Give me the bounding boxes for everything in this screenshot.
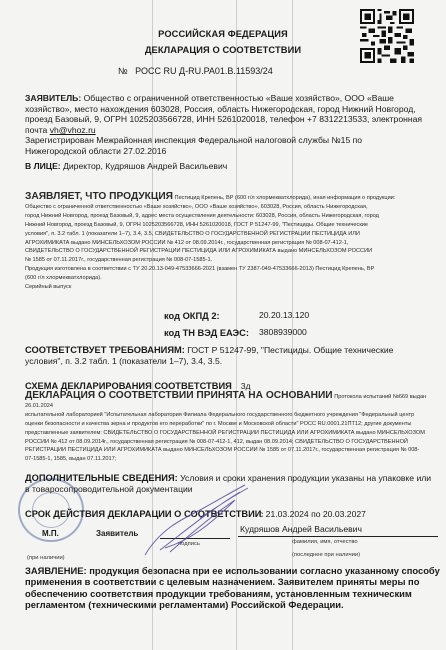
applicant-signature-label: Заявитель [96, 529, 138, 538]
validity-value: с 21.03.2024 по 20.03.2027 [259, 509, 366, 520]
statement-text: продукция безопасна при ее использовании… [89, 565, 440, 576]
signer-name: Кудряшов Андрей Васильевич [240, 524, 362, 535]
basis-text: оценки безопасности и качества зерна и п… [25, 420, 440, 429]
requirements-section: СООТВЕТСТВУЕТ ТРЕБОВАНИЯМ: ГОСТ Р 51247-… [25, 345, 435, 366]
tnved-value: 3808939000 [259, 327, 307, 338]
product-text: АГРОХИМИКАТА выдано МИНСЕЛЬХОЗОМ РОССИИ … [25, 239, 440, 248]
product-text: (600 г/л хлормекватхлорида). [25, 274, 440, 283]
product-text: № 1585 от 07.11.2017г., государственная … [25, 256, 440, 265]
requirements-text: ГОСТ Р 51247-99, "Пестициды. Общие техни… [187, 345, 393, 355]
statement-label: ЗАЯВЛЕНИЕ: [25, 565, 87, 576]
number-sign: № [118, 66, 128, 76]
tnved-label: код ТН ВЭД ЕАЭС: [164, 328, 249, 338]
handwritten-signature [140, 480, 250, 560]
product-text: Серийный выпуск [25, 283, 440, 292]
product-text: Нижний Новгород, проезд Базовый, 9, ОГРН… [25, 221, 440, 230]
basis-text: РЕГИСТРАЦИИ ПЕСТИЦИДА ИЛИ АГРОХИМИКАТА в… [25, 446, 440, 455]
basis-text: представленные заявителем: СВИДЕТЕЛЬСТВО… [25, 429, 440, 438]
represented-by: В ЛИЦЕ: Директор, Кудряшов Андрей Василь… [25, 161, 227, 172]
requirements-text: условия", п. 3.2 табл. 1 (показатели 1–7… [25, 356, 435, 367]
name-caption: фамилия, имя, отчество [292, 539, 358, 545]
product-label: ЗАЯВЛЯЕТ, ЧТО ПРОДУКЦИЯ [25, 191, 173, 202]
applicant-text: Общество с ограниченной ответственностью… [84, 93, 394, 103]
declaration-page: РОССИЙСКАЯ ФЕДЕРАЦИЯ ДЕКЛАРАЦИЯ О СООТВЕ… [0, 0, 446, 650]
requirements-label: СООТВЕТСТВУЕТ ТРЕБОВАНИЯМ: [25, 345, 185, 355]
name-line [238, 536, 438, 537]
name-caption-note: (последнее при наличии) [292, 552, 360, 558]
okpd-value: 20.20.13.120 [259, 310, 309, 321]
product-text: Продукция изготовлена в соответствии с Т… [25, 265, 440, 274]
product-text: Пестицид Крепень, ВР (600 г/л хлормекват… [175, 195, 396, 201]
registration-text: Зарегистрирован Межрайонная инспекция Фе… [25, 135, 435, 146]
product-text: СВИДЕТЕЛЬСТВО О ГОСУДАРСТВЕННОЙ РЕГИСТРА… [25, 247, 440, 256]
basis-label: ДЕКЛАРАЦИЯ О СООТВЕТСТВИИ ПРИНЯТА НА ОСН… [25, 390, 333, 401]
email-label: почта [25, 125, 47, 135]
product-text: условия", п. 3.2 табл. 1 (показатели 1–7… [25, 230, 440, 239]
qr-code-icon [360, 9, 414, 63]
registration-text: Нижегородской области 27.02.2016 [25, 146, 435, 157]
applicant-text: хозяйство», место нахождения 603028, Рос… [25, 104, 435, 115]
product-text: город Нижний Новгород, проезд Базовый, 9… [25, 212, 440, 221]
applicant-label: ЗАЯВИТЕЛЬ: [25, 93, 81, 103]
basis-text: 07-1585-1, 1585, выдан 07.11.2017; [25, 455, 440, 464]
basis-text: испытательной лабораторией "Испытательна… [25, 411, 440, 420]
product-section: ЗАЯВЛЯЕТ, ЧТО ПРОДУКЦИЯ Пестицид Крепень… [25, 193, 440, 292]
mp-caption: (при наличии) [27, 555, 65, 561]
okpd-label: код ОКПД 2: [164, 311, 220, 321]
represented-value: Директор, Кудряшов Андрей Васильевич [63, 161, 227, 171]
applicant-section: ЗАЯВИТЕЛЬ: Общество с ограниченной ответ… [25, 93, 435, 157]
mp-label: М.П. [42, 529, 59, 538]
applicant-text: проезд Базовый, 9, ОГРН 1025203566728, И… [25, 114, 435, 125]
email-link[interactable]: vh@vhoz.ru [50, 125, 96, 135]
basis-section: ДЕКЛАРАЦИЯ О СООТВЕТСТВИИ ПРИНЯТА НА ОСН… [25, 392, 440, 464]
number-value: РОСС RU Д-RU.PA01.B.11593/24 [135, 66, 273, 76]
basis-text: РОССИИ № 412 от 08.09.2014г., государств… [25, 438, 440, 447]
product-text: Общество с ограниченной ответственностью… [25, 203, 440, 212]
statement-text: регламентом (техническими регламентами) … [25, 599, 440, 610]
represented-label: В ЛИЦЕ: [25, 161, 61, 171]
statement-text: обеспечению соответствия продукции требо… [25, 588, 440, 599]
statement-text: применения в соответствии с целевым назн… [25, 576, 440, 587]
document-number: № РОСС RU Д-RU.PA01.B.11593/24 [118, 66, 273, 76]
statement-section: ЗАЯВЛЕНИЕ: продукция безопасна при ее ис… [25, 565, 440, 611]
